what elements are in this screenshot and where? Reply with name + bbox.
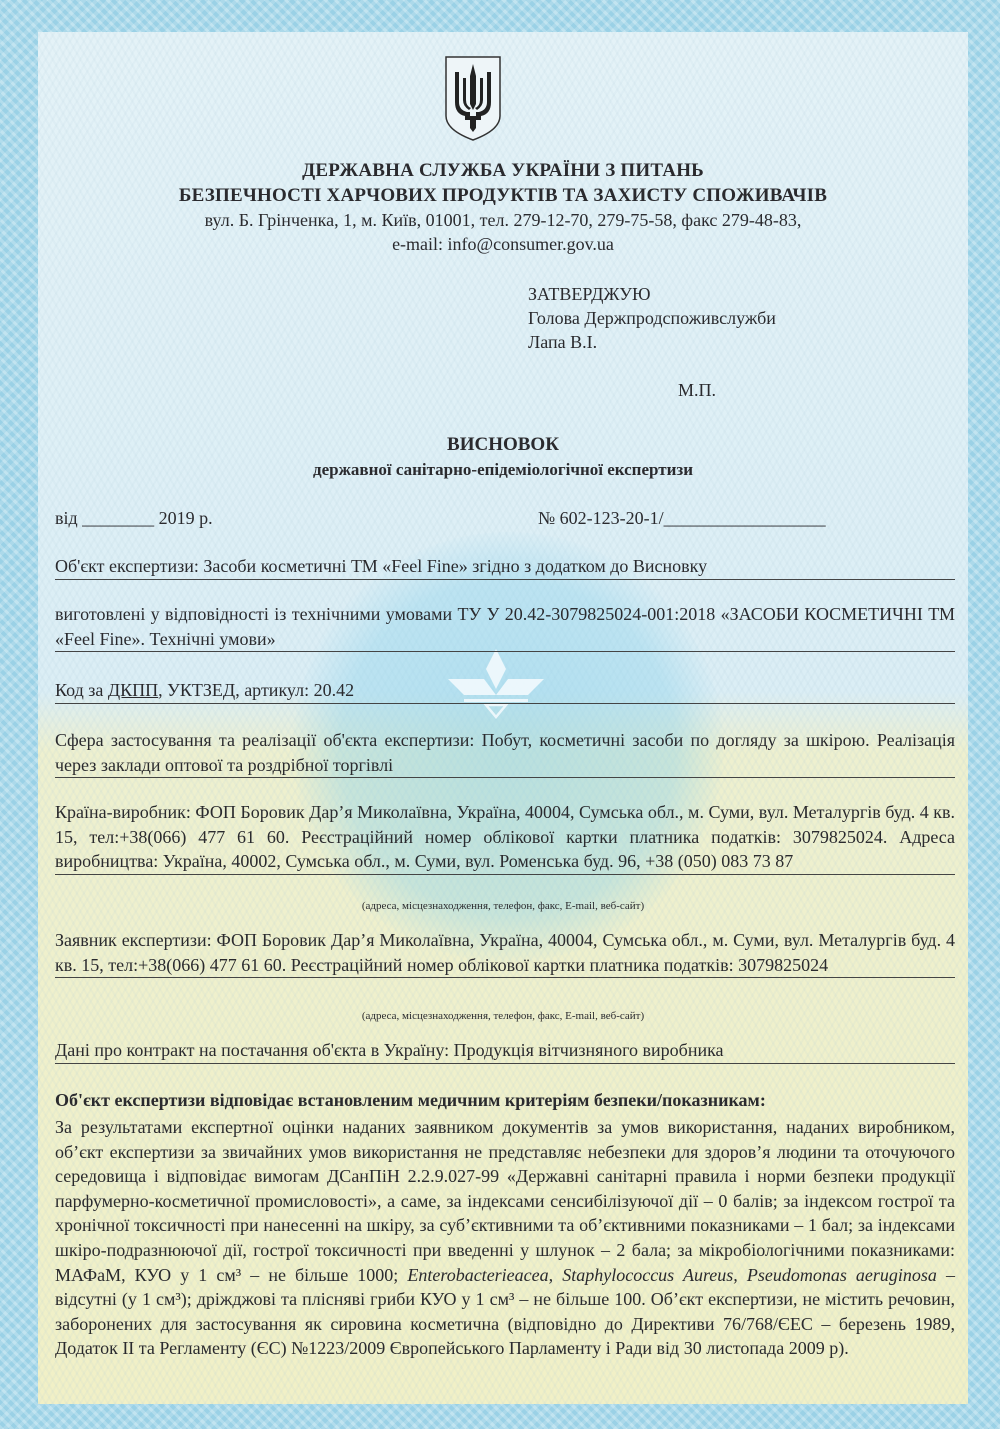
approval-name: Лапа В.І. <box>528 330 597 354</box>
applicant-field: Заявник експертизи: ФОП Боровик Дар’я Ми… <box>55 928 955 978</box>
approval-title: ЗАТВЕРДЖУЮ <box>528 282 650 306</box>
code-field: Код за ДКПП, УКТЗЕД, артикул: 20.42 <box>55 678 955 704</box>
country-field: Країна-виробник: ФОП Боровик Дар’я Микол… <box>55 800 955 875</box>
code-dkpp: ДКПП <box>108 680 158 700</box>
conclusion-paragraph: За результатами експертної оцінки надани… <box>55 1115 955 1361</box>
date-prefix: від <box>55 508 78 528</box>
org-name-line1: ДЕРЖАВНА СЛУЖБА УКРАЇНИ З ПИТАНЬ <box>38 160 968 182</box>
org-name-line2: БЕЗПЕЧНОСТІ ХАРЧОВИХ ПРОДУКТІВ ТА ЗАХИСТ… <box>38 185 968 207</box>
country-caption: (адреса, місцезнаходження, телефон, факс… <box>38 900 968 912</box>
date-blank: ________ <box>82 508 154 528</box>
seal-place: М.П. <box>678 380 716 401</box>
code-rest: , УКТЗЕД, артикул: 20.42 <box>158 680 354 700</box>
certificate-sheet: ДЕРЖАВНА СЛУЖБА УКРАЇНИ З ПИТАНЬ БЕЗПЕЧН… <box>38 32 968 1404</box>
org-address: вул. Б. Грінченка, 1, м. Київ, 01001, те… <box>38 210 968 231</box>
bacteria-list: Enterobacterieacea, Staphylococcus Aureu… <box>407 1265 937 1285</box>
applicant-caption: (адреса, місцезнаходження, телефон, факс… <box>38 1010 968 1022</box>
number-blank: __________________ <box>664 508 826 528</box>
scope-field: Сфера застосування та реалізації об'єкта… <box>55 728 955 778</box>
document-title: ВИСНОВОК <box>38 434 968 456</box>
object-field: Об'єкт експертизи: Засоби косметичні ТМ … <box>55 554 955 580</box>
date-year: 2019 р. <box>159 508 213 528</box>
document-number: № 602-123-20-1/__________________ <box>538 508 826 529</box>
number-value: № 602-123-20-1/ <box>538 508 664 528</box>
approval-position: Голова Держпродспоживслужби <box>528 306 776 330</box>
manufactured-field: виготовлені у відповідності із технічним… <box>55 602 955 652</box>
conclusion-body: За результатами експертної оцінки надани… <box>55 1115 955 1361</box>
document-subtitle: державної санітарно-епідеміологічної екс… <box>38 460 968 480</box>
contract-field: Дані про контракт на постачання об'єкта … <box>55 1038 955 1064</box>
org-email: e-mail: info@consumer.gov.ua <box>38 234 968 255</box>
code-prefix: Код за <box>55 680 108 700</box>
conclusion-heading: Об'єкт експертизи відповідає встановлени… <box>55 1090 766 1111</box>
date-field: від ________ 2019 р. <box>55 508 213 529</box>
